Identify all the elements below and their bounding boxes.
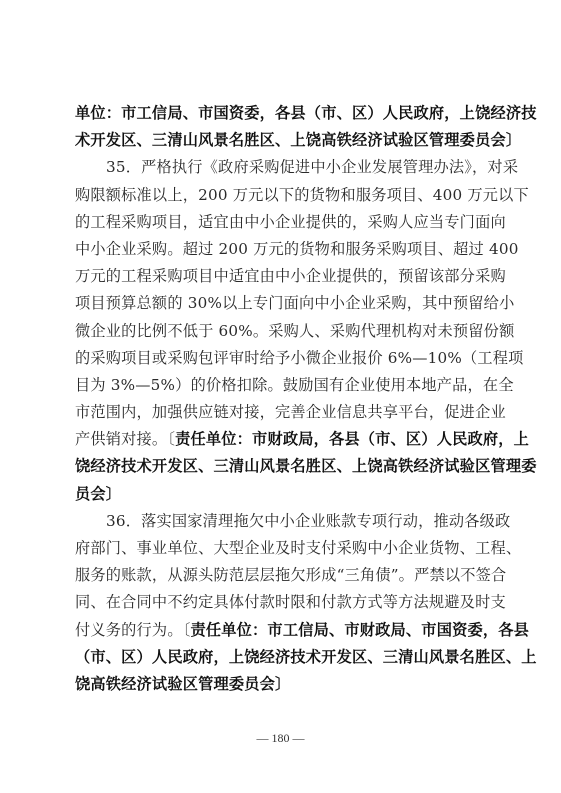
responsible-units-text: 饶高铁经济试验区管理委员会〕 <box>75 675 290 693</box>
text-line: 产供销对接。〔责任单位：市财政局，各县（市、区）人民政府，上 <box>75 426 489 453</box>
responsible-units-text: 术开发区、三清山风景名胜区、上饶高铁经济试验区管理委员会〕 <box>75 131 521 149</box>
text-line: 35．严格执行《政府采购促进中小企业发展管理办法》，对采 <box>75 154 489 181</box>
responsible-units-text: （市、区）人民政府，上饶经济技术开发区、三清山风景名胜区、上 <box>75 648 537 666</box>
text-line: 单位：市工信局、市国资委，各县（市、区）人民政府，上饶经济技 <box>75 100 489 127</box>
body-text: 服务的账款，从源头防范层层拖欠形成“三角债”。严禁以不签合 <box>75 566 506 584</box>
body-text: 项目预算总额的 30%以上专门面向中小企业采购，其中预留给小 <box>75 294 514 312</box>
text-line: 的工程采购项目，适宜由中小企业提供的，采购人应当专门面向 <box>75 209 489 236</box>
text-line: 中小企业采购。超过 200 万元的货物和服务采购项目、超过 400 <box>75 236 489 263</box>
body-text: 府部门、事业单位、大型企业及时支付采购中小企业货物、工程、 <box>75 539 521 557</box>
body-text: 目为 3%—5%）的价格扣除。鼓励国有企业使用本地产品，在全 <box>75 376 514 394</box>
text-line: 36．落实国家清理拖欠中小企业账款专项行动，推动各级政 <box>75 508 489 535</box>
text-line: 项目预算总额的 30%以上专门面向中小企业采购，其中预留给小 <box>75 290 489 317</box>
body-text: 中小企业采购。超过 200 万元的货物和服务采购项目、超过 400 <box>75 240 519 258</box>
body-text: 36．落实国家清理拖欠中小企业账款专项行动，推动各级政 <box>106 512 510 530</box>
text-line: 同、在合同中不约定具体付款时限和付款方式等方法规避及时支 <box>75 589 489 616</box>
body-text: 产供销对接。〔 <box>75 430 175 448</box>
body-text: 35．严格执行《政府采购促进中小企业发展管理办法》，对采 <box>106 158 518 176</box>
body-text: 微企业的比例不低于 60%。采购人、采购代理机构对未预留份额 <box>75 322 514 340</box>
body-text: 同、在合同中不约定具体付款时限和付款方式等方法规避及时支 <box>75 593 506 611</box>
document-body: 单位：市工信局、市国资委，各县（市、区）人民政府，上饶经济技术开发区、三清山风景… <box>75 100 489 698</box>
text-line: 饶经济技术开发区、三清山风景名胜区、上饶高铁经济试验区管理委 <box>75 453 489 480</box>
body-text: 万元的工程采购项目中适宜由中小企业提供的，预留该部分采购 <box>75 267 506 285</box>
text-line: 万元的工程采购项目中适宜由中小企业提供的，预留该部分采购 <box>75 263 489 290</box>
body-text: 市范围内，加强供应链对接，完善企业信息共享平台，促进企业 <box>75 403 506 421</box>
body-text: 的工程采购项目，适宜由中小企业提供的，采购人应当专门面向 <box>75 213 506 231</box>
text-line: （市、区）人民政府，上饶经济技术开发区、三清山风景名胜区、上 <box>75 644 489 671</box>
text-line: 购限额标准以上，200 万元以下的货物和服务项目、400 万元以下 <box>75 182 489 209</box>
responsible-units-text: 饶经济技术开发区、三清山风景名胜区、上饶高铁经济试验区管理委 <box>75 457 537 475</box>
responsible-units-text: 员会〕 <box>75 485 121 503</box>
page-number: — 180 — <box>0 731 561 746</box>
body-text: 付义务的行为。〔 <box>75 621 191 639</box>
body-text: 的采购项目或采购包评审时给予小微企业报价 6%—10%（工程项 <box>75 349 524 367</box>
text-line: 饶高铁经济试验区管理委员会〕 <box>75 671 489 698</box>
text-line: 员会〕 <box>75 481 489 508</box>
responsible-units-text: 单位：市工信局、市国资委，各县（市、区）人民政府，上饶经济技 <box>75 104 537 122</box>
text-line: 微企业的比例不低于 60%。采购人、采购代理机构对未预留份额 <box>75 318 489 345</box>
responsible-units-text: 责任单位：市工信局、市财政局、市国资委，各县 <box>191 621 530 639</box>
text-line: 府部门、事业单位、大型企业及时支付采购中小企业货物、工程、 <box>75 535 489 562</box>
text-line: 的采购项目或采购包评审时给予小微企业报价 6%—10%（工程项 <box>75 345 489 372</box>
text-line: 术开发区、三清山风景名胜区、上饶高铁经济试验区管理委员会〕 <box>75 127 489 154</box>
responsible-units-text: 责任单位：市财政局，各县（市、区）人民政府，上 <box>175 430 529 448</box>
text-line: 服务的账款，从源头防范层层拖欠形成“三角债”。严禁以不签合 <box>75 562 489 589</box>
text-line: 付义务的行为。〔责任单位：市工信局、市财政局、市国资委，各县 <box>75 617 489 644</box>
text-line: 目为 3%—5%）的价格扣除。鼓励国有企业使用本地产品，在全 <box>75 372 489 399</box>
text-line: 市范围内，加强供应链对接，完善企业信息共享平台，促进企业 <box>75 399 489 426</box>
body-text: 购限额标准以上，200 万元以下的货物和服务项目、400 万元以下 <box>75 186 529 204</box>
